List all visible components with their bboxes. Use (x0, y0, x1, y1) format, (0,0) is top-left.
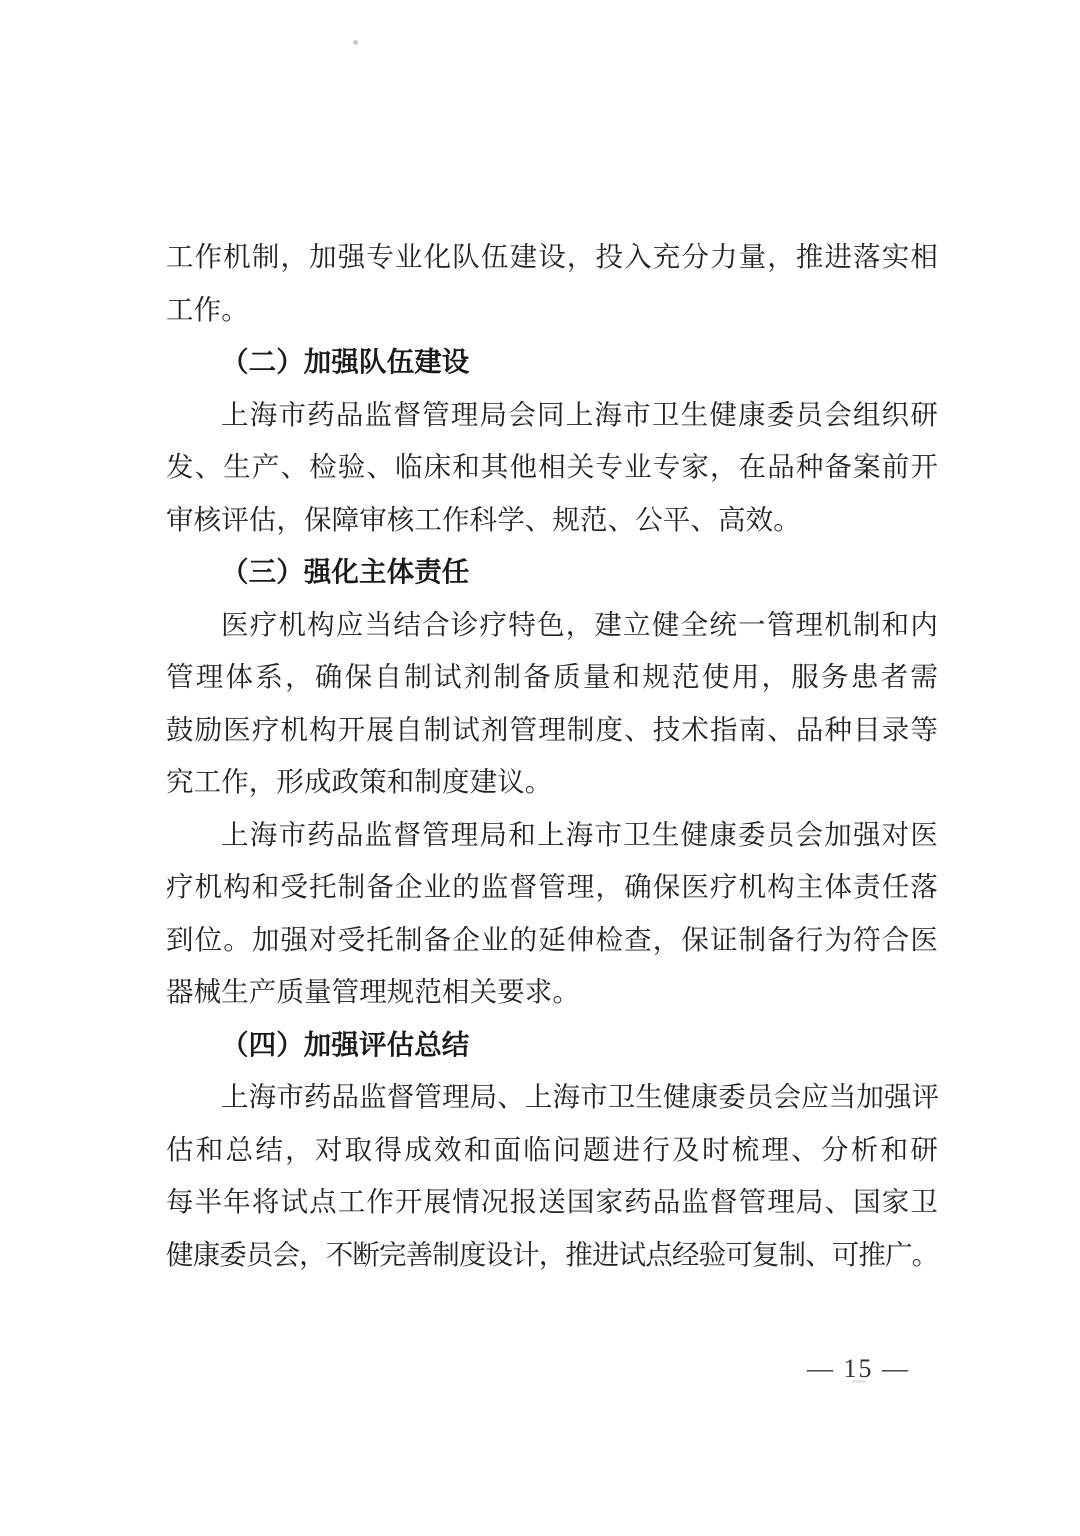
text-line: 疗机构和受托制备企业的监督管理，确保医疗机构主体责任落实 (166, 861, 938, 914)
document-body: 工作机制，加强专业化队伍建设，投入充分力量，推进落实相关工作。（二）加强队伍建设… (166, 231, 938, 1281)
text-line: 估和总结，对取得成效和面临问题进行及时梳理、分析和研究， (166, 1124, 938, 1177)
text-line: 工作机制，加强专业化队伍建设，投入充分力量，推进落实相关 (166, 231, 938, 284)
text-line: 每半年将试点工作开展情况报送国家药品监督管理局、国家卫生 (166, 1176, 938, 1229)
document-page: 工作机制，加强专业化队伍建设，投入充分力量，推进落实相关工作。（二）加强队伍建设… (0, 0, 1080, 1536)
section-heading: （四）加强评估总结 (166, 1019, 938, 1072)
text-line: 上海市药品监督管理局会同上海市卫生健康委员会组织研 (166, 389, 938, 442)
text-line: 上海市药品监督管理局和上海市卫生健康委员会加强对医 (166, 809, 938, 862)
text-line: 鼓励医疗机构开展自制试剂管理制度、技术指南、品种目录等研 (166, 704, 938, 757)
text-line: 健康委员会，不断完善制度设计，推进试点经验可复制、可推广。 (166, 1229, 938, 1282)
text-line: 究工作，形成政策和制度建议。 (166, 756, 938, 809)
text-line: 发、生产、检验、临床和其他相关专业专家，在品种备案前开展 (166, 441, 938, 494)
scan-speck (353, 40, 358, 45)
section-heading: （二）加强队伍建设 (166, 336, 938, 389)
section-heading: （三）强化主体责任 (166, 546, 938, 599)
text-line: 审核评估，保障审核工作科学、规范、公平、高效。 (166, 494, 938, 547)
text-line: 到位。加强对受托制备企业的延伸检查，保证制备行为符合医疗 (166, 914, 938, 967)
text-line: 工作。 (166, 284, 938, 337)
page-number: — 15 — (0, 1354, 910, 1384)
text-line: 上海市药品监督管理局、上海市卫生健康委员会应当加强评 (166, 1071, 938, 1124)
text-line: 医疗机构应当结合诊疗特色，建立健全统一管理机制和内部 (166, 599, 938, 652)
scan-speck (852, 1380, 866, 1383)
text-line: 管理体系，确保自制试剂制备质量和规范使用，服务患者需求。 (166, 651, 938, 704)
text-line: 器械生产质量管理规范相关要求。 (166, 966, 938, 1019)
